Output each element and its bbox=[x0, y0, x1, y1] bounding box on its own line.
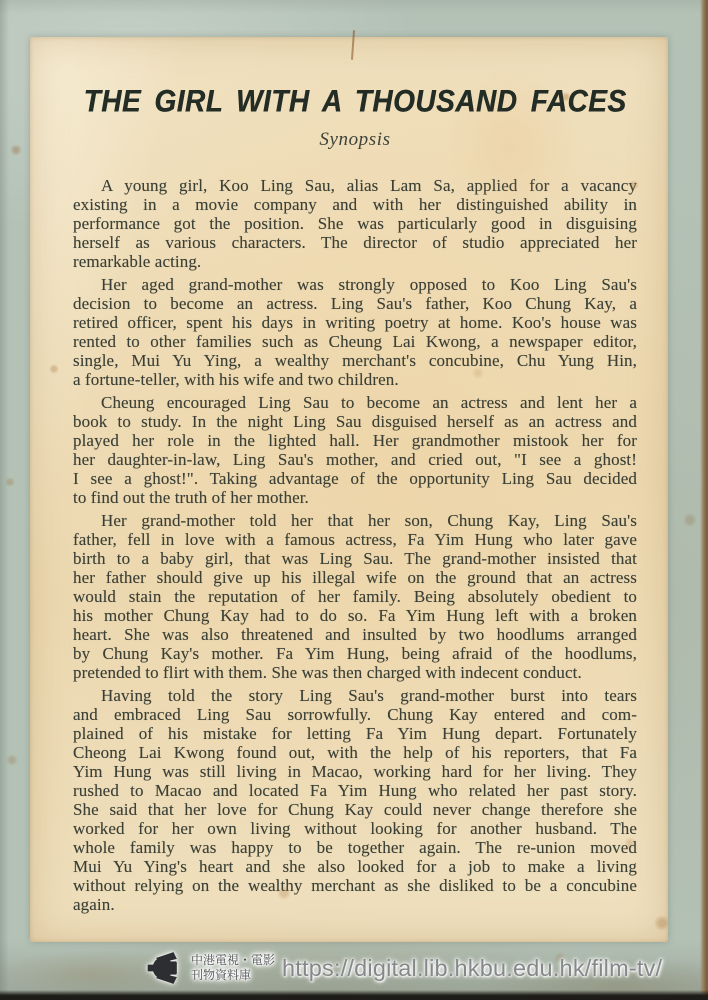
synopsis-heading: Synopsis bbox=[73, 129, 637, 151]
paragraph: Her aged grand-mother was strongly oppos… bbox=[73, 275, 637, 389]
text-line: birth to a baby girl, that was Ling Sau.… bbox=[73, 549, 637, 568]
text-line: played her role in the lighted hall. Her… bbox=[73, 431, 637, 450]
text-line: Having told the story Ling Sau's grand-m… bbox=[73, 686, 637, 705]
text-line: I see a ghost!". Taking advantage of the… bbox=[73, 469, 637, 488]
library-logo: 中港電視・電影 刊物資料庫 bbox=[146, 949, 275, 987]
text-line: again. bbox=[73, 895, 637, 914]
paragraph: Her grand-mother told her that her son, … bbox=[73, 511, 637, 682]
text-line: retired officer, spent his days in writi… bbox=[73, 313, 637, 332]
text-line: by Chung Kay's mother. Fa Yim Hung, bein… bbox=[73, 644, 637, 663]
paragraph: Cheung encouraged Ling Sau to become an … bbox=[73, 393, 637, 507]
scan-bottom-shadow bbox=[0, 990, 708, 1000]
text-line: to find out the truth of her mother. bbox=[73, 488, 637, 507]
paragraph: Having told the story Ling Sau's grand-m… bbox=[73, 686, 637, 914]
text-line: existing in a movie company and with her… bbox=[73, 195, 637, 214]
text-line: rushed to Macao and located Fa Yim Hung … bbox=[73, 781, 637, 800]
text-line: rented to other families such as Cheung … bbox=[73, 332, 637, 351]
text-line: without relying on the wealthy merchant … bbox=[73, 876, 637, 895]
text-line: her daughter-in-law, Ling Sau's mother, … bbox=[73, 450, 637, 469]
text-line: Mui Yu Ying's heart and she also looked … bbox=[73, 857, 637, 876]
text-line: her father should give up his illegal wi… bbox=[73, 568, 637, 587]
book-page-edge bbox=[700, 0, 708, 996]
synopsis-text: A young girl, Koo Ling Sau, alias Lam Sa… bbox=[73, 176, 637, 914]
text-line: father, fell in love with a famous actre… bbox=[73, 530, 637, 549]
text-line: Yim Hung was still living in Macao, work… bbox=[73, 762, 637, 781]
text-line: decision to become an actress. Ling Sau'… bbox=[73, 294, 637, 313]
text-line: whole family was happy to be together ag… bbox=[73, 838, 637, 857]
text-line: Cheong Lai Kwong found out, with the hel… bbox=[73, 743, 637, 762]
text-line: She said that her love for Chung Kay cou… bbox=[73, 800, 637, 819]
text-line: herself as various characters. The direc… bbox=[73, 233, 637, 252]
text-line: performance got the position. She was pa… bbox=[73, 214, 637, 233]
paper-page: THE GIRL WITH A THOUSAND FACES Synopsis … bbox=[30, 37, 668, 942]
text-line: Her grand-mother told her that her son, … bbox=[73, 511, 637, 530]
text-line: remarkable acting. bbox=[73, 252, 637, 271]
text-line: Cheung encouraged Ling Sau to become an … bbox=[73, 393, 637, 412]
text-line: and embraced Ling Sau sorrowfully. Chung… bbox=[73, 705, 637, 724]
text-line: pretended to flirt with them. She was th… bbox=[73, 663, 637, 682]
text-line: worked for her own living without lookin… bbox=[73, 819, 637, 838]
text-line: would stain the reputation of her family… bbox=[73, 587, 637, 606]
text-line: Her aged grand-mother was strongly oppos… bbox=[73, 275, 637, 294]
text-line: heart. She was also threatened and insul… bbox=[73, 625, 637, 644]
library-logo-text-line1: 中港電視・電影 bbox=[191, 953, 275, 968]
watermark-url: https://digital.lib.hkbu.edu.hk/film-tv/ bbox=[282, 955, 662, 982]
paragraph: A young girl, Koo Ling Sau, alias Lam Sa… bbox=[73, 176, 637, 271]
text-line: a fortune-teller, with his wife and two … bbox=[73, 370, 637, 389]
text-line: A young girl, Koo Ling Sau, alias Lam Sa… bbox=[73, 176, 637, 195]
library-logo-text-line2: 刊物資料庫 bbox=[191, 968, 275, 983]
text-line: his mother Chung Kay had to do so. Fa Yi… bbox=[73, 606, 637, 625]
library-watermark: 中港電視・電影 刊物資料庫 https://digital.lib.hkbu.e… bbox=[146, 945, 662, 991]
film-studio-light-icon bbox=[146, 949, 186, 987]
text-line: single, Mui Yu Ying, a wealthy merchant'… bbox=[73, 351, 637, 370]
text-line: plained of his mistake for letting Fa Yi… bbox=[73, 724, 637, 743]
text-line: book to study. In the night Ling Sau dis… bbox=[73, 412, 637, 431]
page-title: THE GIRL WITH A THOUSAND FACES bbox=[73, 83, 637, 120]
library-logo-text: 中港電視・電影 刊物資料庫 bbox=[191, 953, 275, 983]
